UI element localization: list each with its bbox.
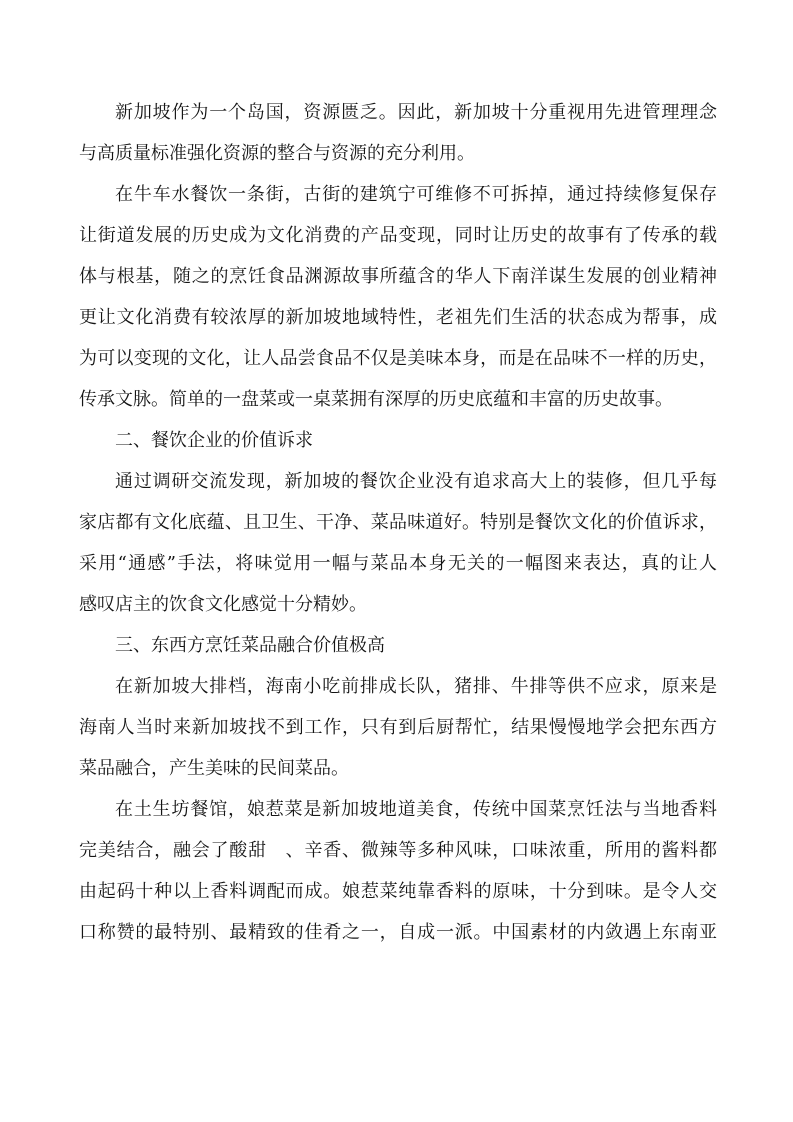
paragraph-line: 新加坡作为一个岛国，资源匮乏。因此，新加坡十分重视用先进管理理念	[79, 92, 717, 133]
document-body: 新加坡作为一个岛国，资源匮乏。因此，新加坡十分重视用先进管理理念 与高质量标准强…	[79, 92, 717, 953]
paragraph-line: 更让文化消费有较浓厚的新加坡地域特性，老祖先们生活的状态成为帮事，成	[79, 297, 717, 338]
paragraph-line: 在牛车水餐饮一条街，古街的建筑宁可维修不可拆掉，通过持续修复保存	[79, 174, 717, 215]
document-page: 新加坡作为一个岛国，资源匮乏。因此，新加坡十分重视用先进管理理念 与高质量标准强…	[0, 0, 793, 1122]
paragraph-line: 海南人当时来新加坡找不到工作，只有到后厨帮忙，结果慢慢地学会把东西方	[79, 707, 717, 748]
paragraph-line: 菜品融合，产生美味的民间菜品。	[79, 748, 717, 789]
paragraph-line: 口称赞的最特别、最精致的佳肴之一，自成一派。中国素材的内敛遇上东南亚	[79, 912, 717, 953]
paragraph-line: 完美结合，融会了酸甜 、辛香、微辣等多种风味，口味浓重，所用的酱料都	[79, 830, 717, 871]
paragraph-line: 与高质量标准强化资源的整合与资源的充分利用。	[79, 133, 717, 174]
paragraph-line: 传承文脉。简单的一盘菜或一桌菜拥有深厚的历史底蕴和丰富的历史故事。	[79, 379, 717, 420]
section-heading-2: 二、餐饮企业的价值诉求	[79, 420, 717, 461]
paragraph-line: 在新加坡大排档，海南小吃前排成长队，猪排、牛排等供不应求，原来是	[79, 666, 717, 707]
paragraph-line: 通过调研交流发现，新加坡的餐饮企业没有追求高大上的装修，但几乎每	[79, 461, 717, 502]
paragraph-line: 感叹店主的饮食文化感觉十分精妙。	[79, 584, 717, 625]
section-heading-3: 三、东西方烹饪菜品融合价值极高	[79, 625, 717, 666]
paragraph-line: 让街道发展的历史成为文化消费的产品变现，同时让历史的故事有了传承的载	[79, 215, 717, 256]
paragraph-line: 家店都有文化底蕴、且卫生、干净、菜品味道好。特别是餐饮文化的价值诉求，	[79, 502, 717, 543]
paragraph-line: 体与根基，随之的烹饪食品渊源故事所蕴含的华人下南洋谋生发展的创业精神	[79, 256, 717, 297]
paragraph-line: 在土生坊餐馆，娘惹菜是新加坡地道美食，传统中国菜烹饪法与当地香料	[79, 789, 717, 830]
paragraph-line: 为可以变现的文化，让人品尝食品不仅是美味本身，而是在品味不一样的历史，	[79, 338, 717, 379]
paragraph-line: 采用“通感”手法，将味觉用一幅与菜品本身无关的一幅图来表达，真的让人	[79, 543, 717, 584]
paragraph-line: 由起码十种以上香料调配而成。娘惹菜纯靠香料的原味，十分到味。是令人交	[79, 871, 717, 912]
